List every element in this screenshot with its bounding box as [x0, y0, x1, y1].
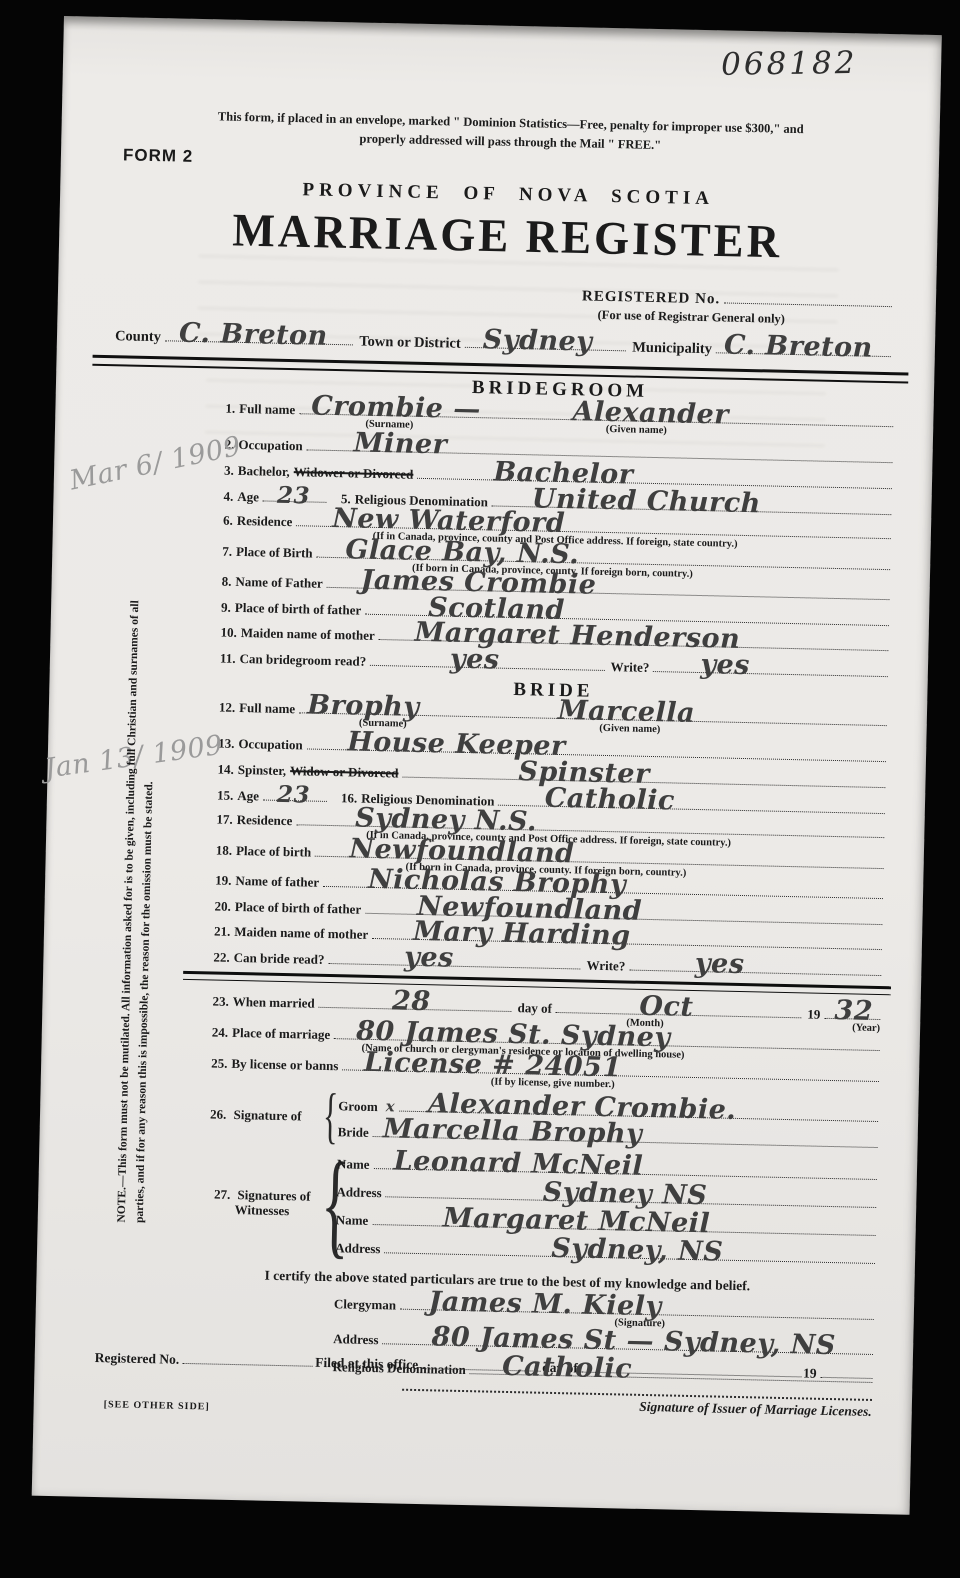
- bride-mother-label: Maiden name of mother: [234, 923, 368, 943]
- clergyman-denomination-handwritten: Catholic: [502, 1353, 633, 1383]
- clergyman-address-label: Address: [333, 1330, 379, 1348]
- municipality-blank: C. Breton: [716, 338, 891, 357]
- bride-read-blank: yes: [328, 949, 580, 969]
- municipality-label: Municipality: [632, 339, 712, 358]
- bride-residence-handwritten: Sydney N.S.: [355, 805, 537, 836]
- groom-mother-label: Maiden name of mother: [241, 624, 375, 644]
- see-other-side-label: [SEE OTHER SIDE]: [104, 1399, 210, 1412]
- signature-of-label-group: 26. Signature of: [210, 1107, 318, 1124]
- registered-no-label: REGISTERED No.: [582, 288, 721, 308]
- margin-note-vertical: NOTE.—This form must not be mutilated. A…: [114, 571, 164, 1224]
- office-registered-blank: [183, 1349, 313, 1367]
- groom-write-blank: yes: [653, 657, 888, 677]
- clergyman-signature-handwritten: James M. Kiely: [428, 1288, 662, 1320]
- bride-age-handwritten: 23: [277, 783, 311, 807]
- bride-write-label: Write?: [586, 957, 625, 975]
- groom-age-label: Age: [237, 488, 259, 505]
- town-value-handwritten: Sydney: [483, 326, 593, 355]
- groom-status-struck-label: Widower or Divorced: [294, 463, 414, 483]
- brace-glyph: [322, 1089, 333, 1145]
- bride-age-label: Age: [237, 787, 259, 804]
- field-number: 22.: [213, 948, 234, 965]
- bride-age-blank: 23: [263, 786, 327, 802]
- field-number: 19.: [215, 872, 236, 889]
- field-number: 27.: [214, 1186, 235, 1201]
- groom-givenname-handwritten: Alexander: [572, 398, 729, 428]
- groom-surname-handwritten: Crombie —: [311, 392, 481, 423]
- field-number: 4.: [223, 488, 237, 505]
- field-number: 14.: [217, 761, 238, 778]
- witnesses-label-group: 27. Signatures of Witnesses: [208, 1186, 317, 1218]
- bride-occupation-handwritten: House Keeper: [347, 728, 566, 760]
- form-fields: BRIDEGROOM 1. Full name Crombie — Alexan…: [204, 372, 894, 1385]
- witness-name-label: Name: [336, 1212, 369, 1230]
- field-number: 20.: [214, 897, 235, 914]
- witness-address-label: Address: [335, 1240, 381, 1258]
- groom-occupation-label: Occupation: [238, 436, 303, 454]
- bride-birthplace-handwritten: Newfoundland: [349, 835, 575, 867]
- witness1-name-handwritten: Leonard McNeil: [393, 1148, 643, 1180]
- registered-no-blank: [724, 288, 892, 307]
- bride-father-label: Name of father: [235, 872, 319, 891]
- town-blank: Sydney: [465, 333, 627, 352]
- issuer-signature-area: Signature of Issuer of Marriage Licenses…: [70, 1379, 872, 1419]
- witness2-address-blank: Sydney, NS: [384, 1239, 875, 1265]
- witness-rows: Name Leonard McNeil Address Sydney NS Na…: [335, 1154, 877, 1267]
- witness2-address-row: Address Sydney, NS: [335, 1238, 875, 1267]
- bride-read-label: Can bride read?: [234, 949, 325, 968]
- field-number: 10.: [220, 624, 241, 641]
- groom-residence-handwritten: New Waterford: [332, 505, 566, 537]
- field-row-bride-mother: 21. Maiden name of mother Mary Harding: [214, 920, 882, 952]
- town-label: Town or District: [359, 334, 461, 353]
- license-handwritten: License # 24051: [364, 1049, 622, 1082]
- married-month-handwritten: Oct: [639, 993, 694, 1021]
- groom-read-blank: yes: [370, 651, 605, 671]
- married-year-handwritten: 32: [834, 997, 873, 1025]
- bride-signature-handwritten: Marcella Brophy: [383, 1116, 643, 1149]
- clergyman-blank: James M. Kiely: [400, 1295, 874, 1320]
- bride-surname-handwritten: Brophy: [307, 691, 420, 720]
- married-day-handwritten: 28: [392, 987, 431, 1015]
- married-day-blank: 28: [319, 993, 512, 1012]
- document-number-handwritten: 068182: [721, 45, 858, 83]
- bride-father-birthplace-label: Place of birth of father: [235, 898, 362, 918]
- form-number-label: FORM 2: [123, 145, 194, 167]
- signatures-block: 26. Signature of Groom x Alexander Cromb…: [209, 1086, 878, 1156]
- office-year-prefix: 19: [803, 1365, 817, 1381]
- bride-status-struck-label: Widow or Divorced: [290, 762, 399, 781]
- bride-signature-blank: Marcella Brophy: [373, 1122, 878, 1148]
- scanned-form-page: 068182 This form, if placed in an envelo…: [32, 16, 942, 1515]
- groom-occupation-handwritten: Miner: [353, 429, 447, 458]
- clergyman-address-handwritten: 80 James St — Sydney, NS: [431, 1323, 836, 1359]
- witness-name-label: Name: [337, 1156, 370, 1174]
- groom-birthplace-handwritten: Glace Bay, N.S.: [345, 536, 579, 568]
- bride-status-label: Spinster,: [238, 761, 287, 779]
- groom-write-label: Write?: [610, 658, 649, 676]
- municipality-value-handwritten: C. Breton: [724, 331, 873, 361]
- county-label: County: [115, 328, 161, 346]
- groom-denomination-handwritten: United Church: [532, 485, 761, 517]
- field-number: 11.: [220, 650, 240, 667]
- clergyman-address-blank: 80 James St — Sydney, NS: [382, 1329, 873, 1355]
- field-number: 15.: [217, 787, 238, 804]
- field-number: 8.: [222, 573, 236, 590]
- county-value-handwritten: C. Breton: [179, 320, 328, 350]
- witness2-address-handwritten: Sydney, NS: [551, 1235, 724, 1266]
- bride-givenname-handwritten: Marcella: [558, 697, 696, 727]
- bride-denomination-handwritten: Catholic: [545, 785, 676, 815]
- groom-age-blank: 23: [263, 486, 327, 502]
- witness2-name-handwritten: Margaret McNeil: [443, 1205, 711, 1238]
- groom-status-label: Bachelor,: [238, 462, 290, 480]
- office-year-blank: [820, 1363, 872, 1379]
- county-blank: C. Breton: [165, 326, 354, 345]
- bride-read-handwritten: yes: [404, 944, 454, 972]
- groom-age-handwritten: 23: [277, 484, 311, 508]
- married-year-blank: 32: [824, 1004, 880, 1020]
- groom-father-label: Name of Father: [235, 573, 323, 592]
- witness-address-label: Address: [336, 1184, 382, 1202]
- groom-write-handwritten: yes: [700, 651, 750, 679]
- issuer-signature-box: Signature of Issuer of Marriage Licenses…: [402, 1387, 872, 1420]
- groom-father-birthplace-label: Place of birth of father: [235, 599, 362, 619]
- pencil-date-top: Mar 6/ 1909: [67, 431, 244, 497]
- brace-glyph: [320, 1151, 332, 1257]
- groom-read-label: Can bridegroom read?: [239, 650, 366, 670]
- bride-write-blank: yes: [629, 956, 881, 976]
- groom-read-handwritten: yes: [450, 646, 500, 674]
- witness2-name-blank: Margaret McNeil: [372, 1210, 876, 1236]
- field-number: 26.: [210, 1107, 231, 1122]
- field-number: 21.: [214, 922, 235, 939]
- witnesses-block: 27. Signatures of Witnesses Name Leonard…: [207, 1148, 877, 1269]
- mail-notice: This form, if placed in an envelope, mar…: [176, 106, 845, 158]
- place-of-marriage-handwritten: 80 James St. Sydney: [356, 1018, 671, 1052]
- field-number: 9.: [221, 599, 235, 616]
- office-filed-label: Filed at this office: [315, 1355, 418, 1373]
- signature-rows: Groom x Alexander Crombie. Bride Marcell…: [338, 1096, 879, 1151]
- bride-denomination-blank: Catholic: [498, 791, 885, 814]
- witness1-name-blank: Leonard McNeil: [373, 1154, 877, 1180]
- field-row-groom-mother: 10. Maiden name of mother Margaret Hende…: [220, 622, 888, 654]
- witnesses-label: Signatures of Witnesses: [235, 1187, 311, 1218]
- bride-write-handwritten: yes: [695, 950, 745, 978]
- bride-occupation-label: Occupation: [238, 735, 303, 753]
- groom-signature-label: Groom: [338, 1098, 378, 1116]
- office-registered-label: Registered No.: [95, 1350, 180, 1368]
- signature-of-label: Signature of: [233, 1107, 301, 1123]
